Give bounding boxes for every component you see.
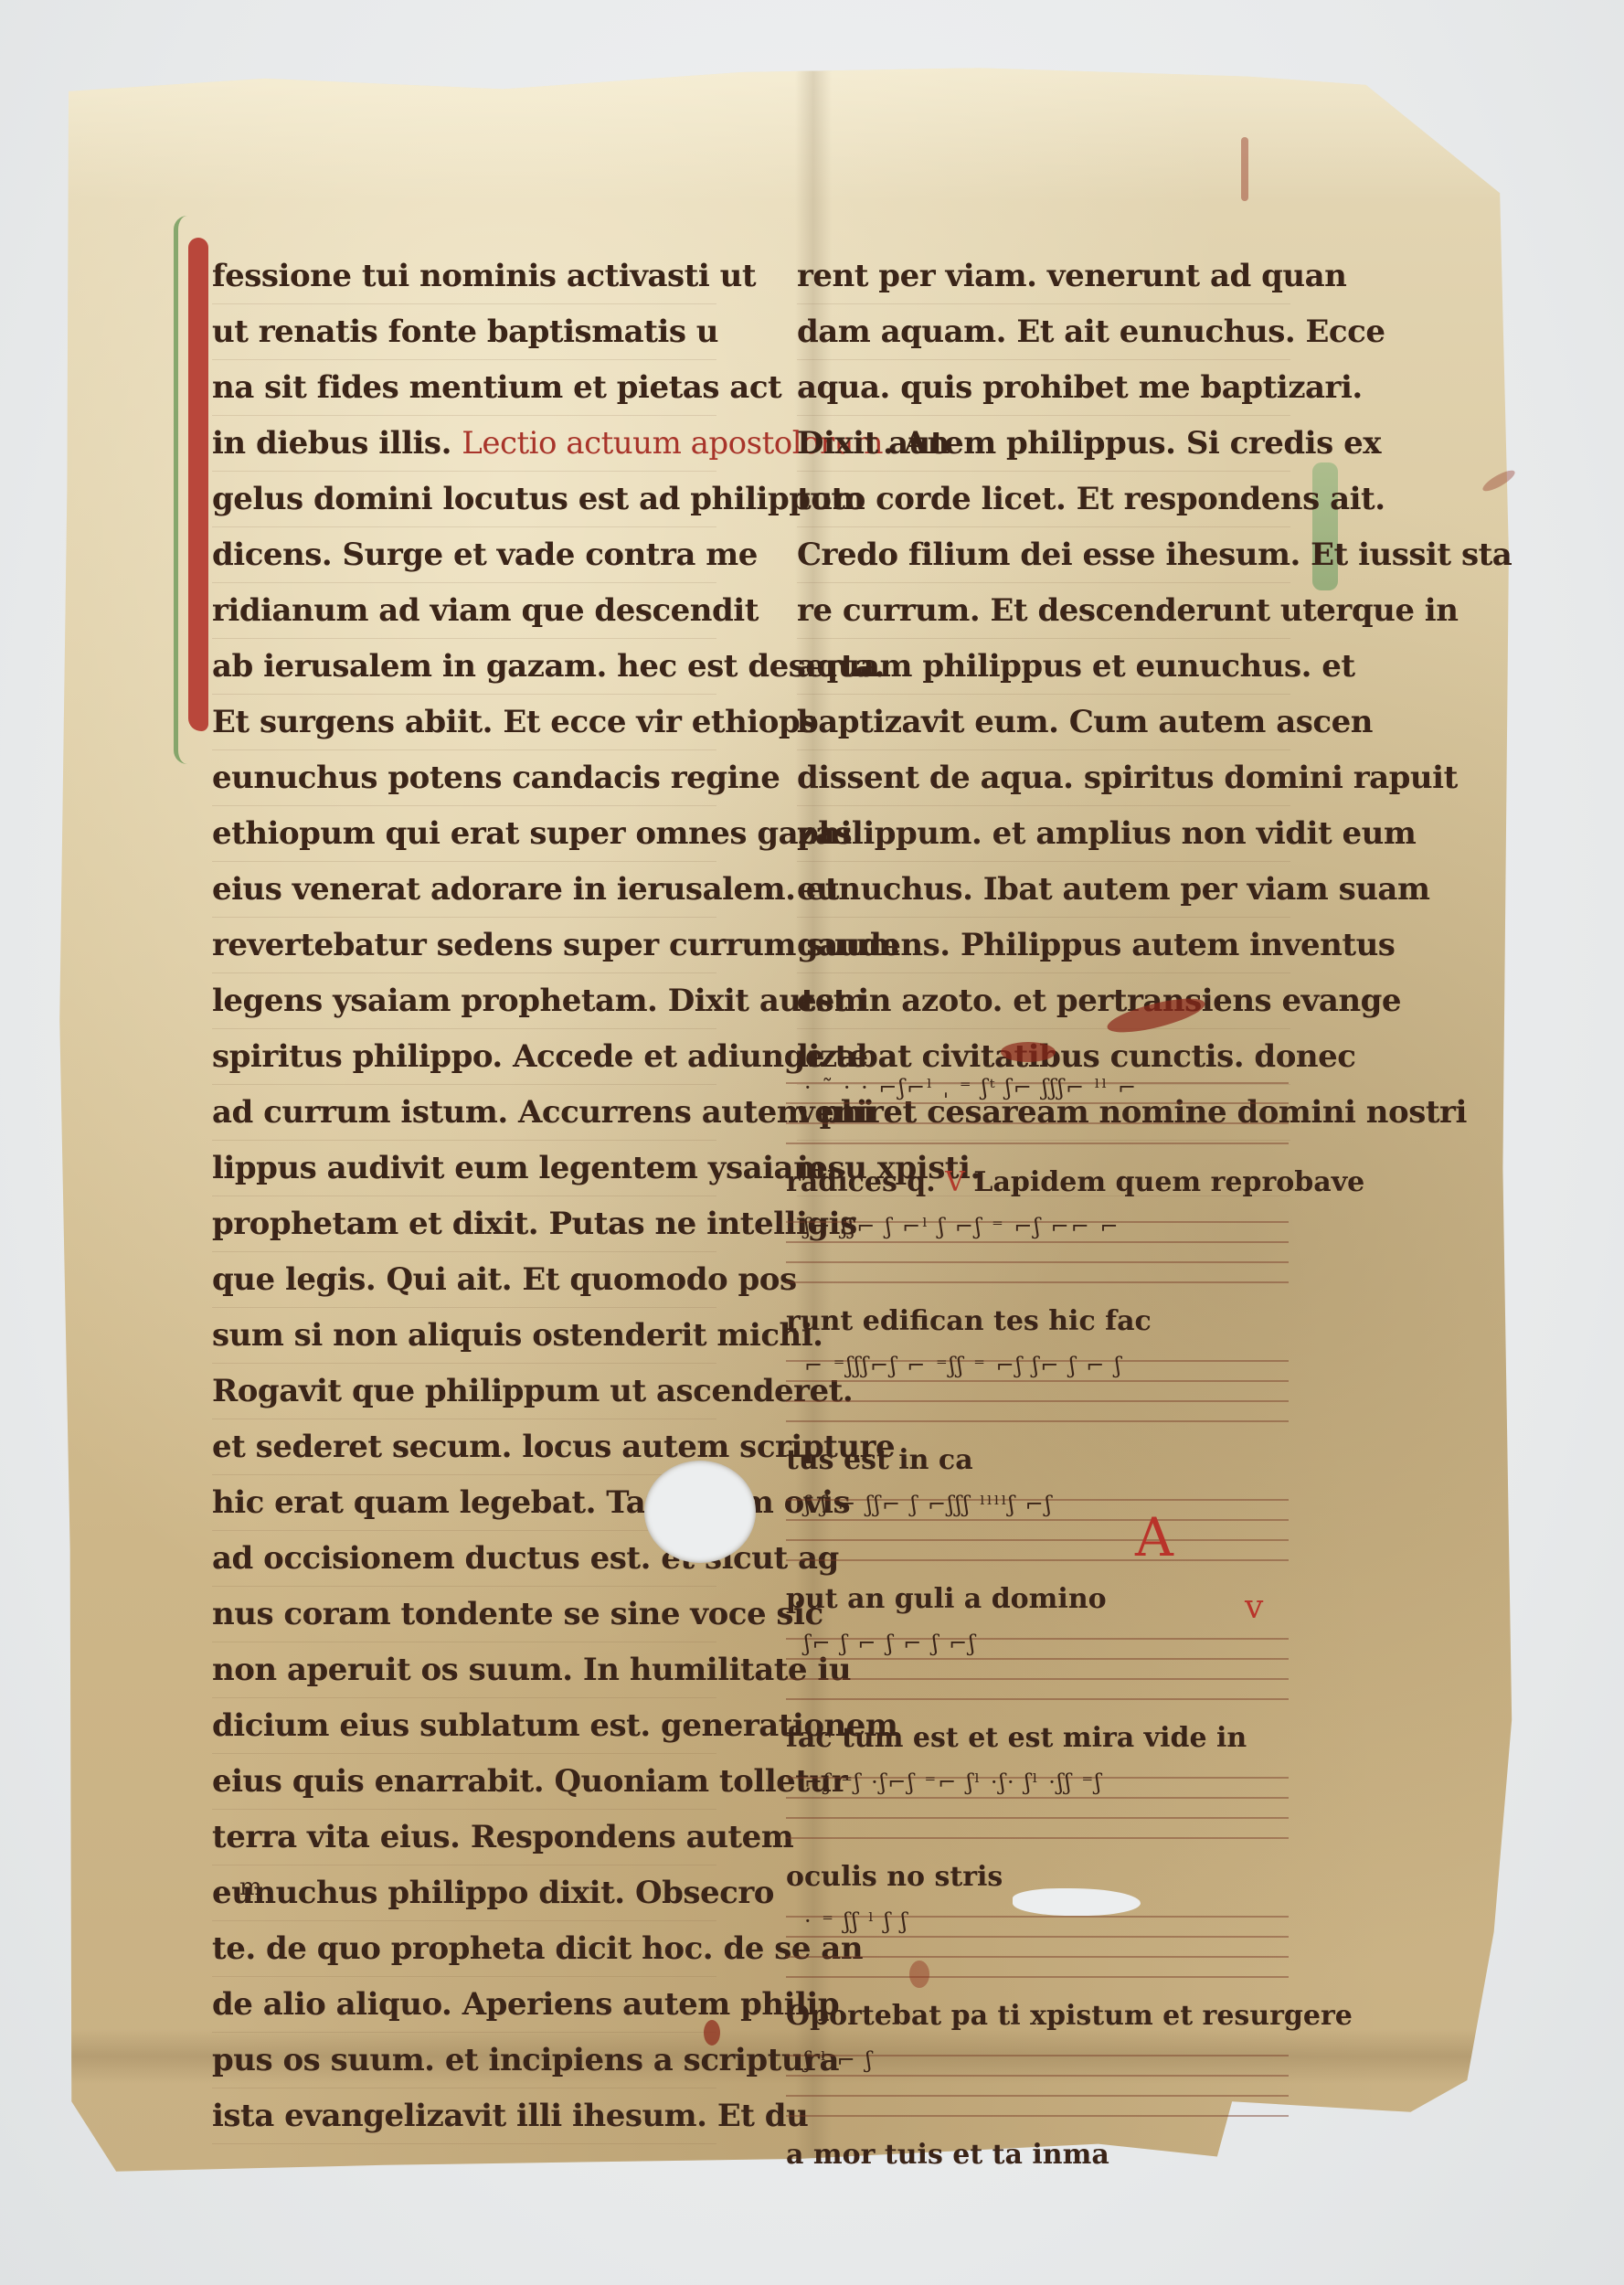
rubric-initial-a: A bbox=[1135, 1506, 1173, 1568]
left-column-line: ridianum ad viam que descendit bbox=[212, 583, 716, 639]
left-text-column: fessione tui nominis activasti utut rena… bbox=[212, 249, 716, 2144]
left-column-line: et sederet secum. locus autem scripture bbox=[212, 1419, 716, 1475]
left-column-line: eius venerat adorare in ierusalem. et bbox=[212, 862, 716, 918]
left-column-line: Et surgens abiit. Et ecce vir ethiops bbox=[212, 695, 716, 750]
left-column-line: prophetam et dixit. Putas ne intelligis bbox=[212, 1196, 716, 1252]
music-staff: · ˜ · · ⌐ʃ⌐ˡ ˌ ⁼ ʃᵗ ʃ⌐ ʃʃʃ⌐ ˡˡ ⌐ bbox=[786, 1069, 1289, 1157]
left-column-line: non aperuit os suum. In humilitate iu bbox=[212, 1642, 716, 1698]
left-column-line: que legis. Qui ait. Et quomodo pos bbox=[212, 1252, 716, 1308]
right-column-line: rent per viam. venerunt ad quan bbox=[797, 249, 1290, 304]
left-column-line: lippus audivit eum legentem ysaiam bbox=[212, 1141, 716, 1196]
left-column-line: ut renatis fonte baptismatis u bbox=[212, 304, 716, 360]
bottom-mark: m bbox=[239, 1874, 262, 1901]
versicle-rubric: V bbox=[945, 1166, 973, 1198]
neumes: ʃ⌐ ʃʃ⌐ ʃ ⌐ˡ ʃ ⌐ʃ ⁼ ⌐ʃ ⌐⌐ ⌐ bbox=[804, 1214, 1120, 1239]
chant-lyric: Oportebat pa ti xpistum et resurgere bbox=[786, 1991, 1289, 2042]
left-column-line: hic erat quam legebat. Tamquam ovis bbox=[212, 1475, 716, 1531]
left-column-line: pus os suum. et incipiens a scriptura bbox=[212, 2033, 716, 2088]
neumes: ʃ ˡ ⌐ ʃ bbox=[804, 2047, 874, 2073]
parchment-tear bbox=[1013, 1888, 1141, 1916]
left-column-line: sum si non aliquis ostenderit michi. bbox=[212, 1308, 716, 1364]
chant-lyric: fac tum est et est mira vide in bbox=[786, 1713, 1289, 1764]
left-column-line: te. de quo propheta dicit hoc. de se an bbox=[212, 1921, 716, 1977]
rubric-side-versicle: v bbox=[1245, 1589, 1263, 1626]
neumes: ʃ⌐ ʃ ⌐ ʃ ⌐ ʃ ⌐ʃ bbox=[804, 1631, 977, 1656]
right-column-line: dam aquam. Et ait eunuchus. Ecce bbox=[797, 304, 1290, 360]
right-column-line: baptizavit eum. Cum autem ascen bbox=[797, 695, 1290, 750]
neumes: ⌐ʃ ⁼ʃ ·ʃ⌐ʃ ⁼⌐ ʃˡ ·ʃ· ʃˡ ·ʃʃ ⁼ʃ bbox=[804, 1770, 1103, 1795]
left-column-line: fessione tui nominis activasti ut bbox=[212, 249, 716, 304]
left-column-line: ab ierusalem in gazam. hec est deserta. bbox=[212, 639, 716, 695]
left-column-line: eunuchus potens candacis regine bbox=[212, 750, 716, 806]
red-stain bbox=[909, 1961, 929, 1988]
right-column-line: gaudens. Philippus autem inventus bbox=[797, 918, 1290, 973]
left-column-line: ad occisionem ductus est. et sicut ag bbox=[212, 1531, 716, 1587]
music-staff: ⌐ ⁼ʃʃʃ⌐ʃ ⌐ ⁼ʃʃ ⁼ ⌐ʃ ʃ⌐ ʃ ⌐ ʃ bbox=[786, 1347, 1289, 1435]
music-staff: ʃ ˡ ⌐ ʃ bbox=[786, 2042, 1289, 2130]
left-column-line: Rogavit que philippum ut ascenderet. bbox=[212, 1364, 716, 1419]
neumes: · ˜ · · ⌐ʃ⌐ˡ ˌ ⁼ ʃᵗ ʃ⌐ ʃʃʃ⌐ ˡˡ ⌐ bbox=[804, 1075, 1138, 1100]
parchment-hole bbox=[644, 1461, 756, 1563]
chant-lyric: runt edifican tes hic fac bbox=[786, 1296, 1289, 1347]
left-column-line: ad currum istum. Accurrens autem phi bbox=[212, 1085, 716, 1141]
right-column-line: philippum. et amplius non vidit eum bbox=[797, 806, 1290, 862]
music-staff: · ⁼ ʃʃ ˡ ʃ ʃ bbox=[786, 1903, 1289, 1991]
left-column-line: ethiopum qui erat super omnes gazas bbox=[212, 806, 716, 862]
right-column-line: Dixit autem philippus. Si credis ex bbox=[797, 416, 1290, 472]
left-column-line: in diebus illis. Lectio actuum apostolor… bbox=[212, 416, 716, 472]
left-column-line: dicium eius sublatum est. generationem bbox=[212, 1698, 716, 1754]
chant-lyric: put an guli a domino bbox=[786, 1574, 1289, 1625]
red-stain bbox=[1001, 1042, 1056, 1062]
chant-lyric: tus est in ca bbox=[786, 1435, 1289, 1486]
right-column-line: eunuchus. Ibat autem per viam suam bbox=[797, 862, 1290, 918]
chant-lyric: a mor tuis et ta inma bbox=[786, 2130, 1289, 2181]
neumes: · ⁼ ʃʃ ˡ ʃ ʃ bbox=[804, 1908, 908, 1934]
left-column-line: nus coram tondente se sine voce sic bbox=[212, 1587, 716, 1642]
green-flourish-icon bbox=[174, 216, 187, 764]
left-column-line: spiritus philippo. Accede et adiunge te bbox=[212, 1029, 716, 1085]
music-staff: ʃ⌐ ʃʃ⌐ ʃ ⌐ˡ ʃ ⌐ʃ ⁼ ⌐ʃ ⌐⌐ ⌐ bbox=[786, 1208, 1289, 1296]
red-stain bbox=[704, 2020, 720, 2046]
right-column-line: re currum. Et descenderunt uterque in bbox=[797, 583, 1290, 639]
red-initial-stroke-icon bbox=[188, 238, 208, 731]
left-column-line: ista evangelizavit illi ihesum. Et du bbox=[212, 2088, 716, 2144]
chant-lyric: radices q. V Lapidem quem reprobave bbox=[786, 1157, 1289, 1208]
left-column-line: legens ysaiam prophetam. Dixit autem bbox=[212, 973, 716, 1029]
red-stain bbox=[1241, 137, 1248, 201]
left-column-line: de alio aliquo. Aperiens autem philip bbox=[212, 1977, 716, 2033]
neumes: ⌐ ⁼ʃʃʃ⌐ʃ ⌐ ⁼ʃʃ ⁼ ⌐ʃ ʃ⌐ ʃ ⌐ ʃ bbox=[804, 1353, 1122, 1378]
neumes: ʃ ʃ ⌐ ʃʃ⌐ ʃ ⌐ʃʃʃ ˡˡˡˡʃ ⌐ʃ bbox=[804, 1492, 1053, 1517]
right-column-line: aquam philippus et eunuchus. et bbox=[797, 639, 1290, 695]
chant-notation-block: · ˜ · · ⌐ʃ⌐ˡ ˌ ⁼ ʃᵗ ʃ⌐ ʃʃʃ⌐ ˡˡ ⌐radices … bbox=[786, 1069, 1289, 2181]
left-column-line: dicens. Surge et vade contra me bbox=[212, 527, 716, 583]
right-column-line: Credo filium dei esse ihesum. Et iussit … bbox=[797, 527, 1290, 583]
left-column-line: na sit fides mentium et pietas act bbox=[212, 360, 716, 416]
right-column-line: aqua. quis prohibet me baptizari. bbox=[797, 360, 1290, 416]
left-column-line: eius quis enarrabit. Quoniam tolletur bbox=[212, 1754, 716, 1810]
music-staff: ⌐ʃ ⁼ʃ ·ʃ⌐ʃ ⁼⌐ ʃˡ ·ʃ· ʃˡ ·ʃʃ ⁼ʃ bbox=[786, 1764, 1289, 1852]
right-column-line: dissent de aqua. spiritus domini rapuit bbox=[797, 750, 1290, 806]
left-column-line: eunuchus philippo dixit. Obsecro bbox=[212, 1865, 716, 1921]
left-column-line: terra vita eius. Respondens autem bbox=[212, 1810, 716, 1865]
music-staff: ʃ⌐ ʃ ⌐ ʃ ⌐ ʃ ⌐ʃ bbox=[786, 1625, 1289, 1713]
left-column-line: revertebatur sedens super currum suum bbox=[212, 918, 716, 973]
right-column-line: est in azoto. et pertransiens evange bbox=[797, 973, 1290, 1029]
right-column-line: toto corde licet. Et respondens ait. bbox=[797, 472, 1290, 527]
left-column-line: gelus domini locutus est ad philippum bbox=[212, 472, 716, 527]
music-staff: ʃ ʃ ⌐ ʃʃ⌐ ʃ ⌐ʃʃʃ ˡˡˡˡʃ ⌐ʃ bbox=[786, 1486, 1289, 1574]
